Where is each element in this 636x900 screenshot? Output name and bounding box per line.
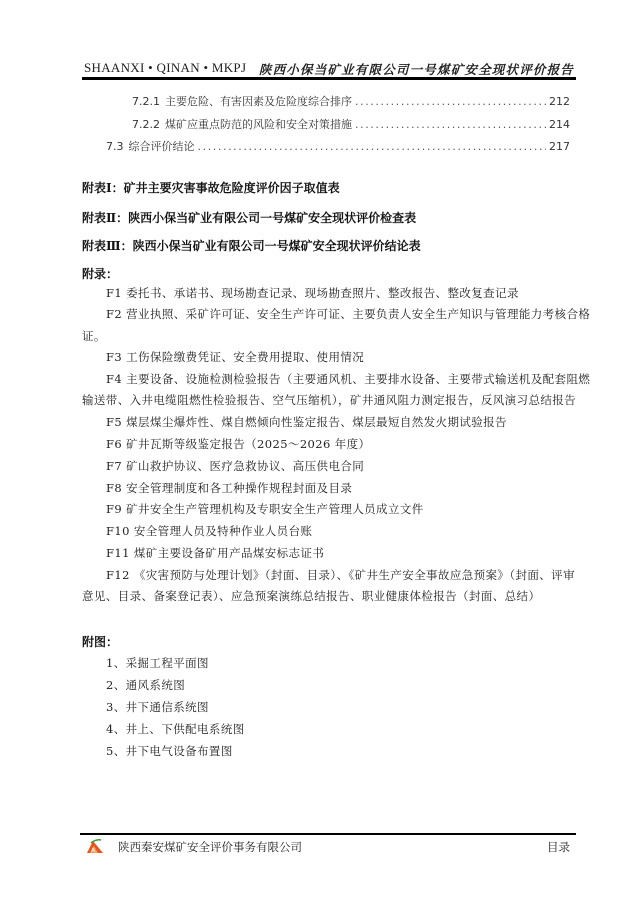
appendix-table-1: 附表Ⅰ：矿井主要灾害事故危险度评价因子取值表	[82, 179, 340, 196]
toc-number: 7.3	[106, 140, 124, 153]
toc-leader-dots	[355, 95, 546, 108]
header-rule	[82, 77, 576, 80]
appendix-item-f9: F9 矿井安全生产管理机构及专职安全生产管理人员成立文件	[106, 501, 424, 517]
toc-leader-dots	[355, 118, 546, 131]
toc-number: 7.2.1	[132, 95, 160, 108]
toc-entry[interactable]: 7.2.2 煤矿应重点防范的风险和安全对策措施 214	[132, 116, 570, 132]
appendix-item-f2-cont: 证。	[82, 328, 106, 344]
appendix-item-f12-cont: 意见、目录、备案登记表）、应急预案演练总结报告、职业健康体检报告（封面、总结）	[82, 588, 540, 604]
header-left-text: SHAANXI • QINAN • MKPJ	[84, 60, 246, 76]
footer-rule	[80, 833, 576, 835]
toc-page-number: 217	[549, 140, 570, 153]
appendix-table-3: 附表Ⅲ：陕西小保当矿业有限公司一号煤矿安全现状评价结论表	[82, 237, 421, 254]
appendix-item-f3: F3 工伤保险缴费凭证、安全费用提取、使用情况	[106, 349, 364, 365]
appendix-item-f4-cont: 输送带、入井电缆阻燃性检验报告、空气压缩机），矿井通风阻力测定报告，反风演习总结…	[82, 392, 576, 408]
toc-entry[interactable]: 7.3 综合评价结论 217	[106, 138, 570, 154]
toc-page-number: 212	[549, 95, 570, 108]
figure-item-4: 4、井上、下供配电系统图	[106, 721, 245, 737]
toc-entry[interactable]: 7.2.1 主要危险、有害因素及危险度综合排序 212	[132, 93, 570, 109]
figure-item-5: 5、井下电气设备布置图	[106, 743, 233, 759]
appendix-heading: 附录：	[82, 265, 118, 282]
figure-item-2: 2、通风系统图	[106, 677, 185, 693]
appendix-item-f6: F6 矿井瓦斯等级鉴定报告（2025～2026 年度）	[106, 436, 370, 452]
appendix-table-2: 附表Ⅱ：陕西小保当矿业有限公司一号煤矿安全现状评价检查表	[82, 209, 416, 226]
appendix-item-f4: F4 主要设备、设施检测检验报告（主要通风机、主要排水设备、主要带式输送机及配套…	[106, 371, 590, 387]
toc-title: 综合评价结论	[129, 138, 195, 154]
footer-section-label: 目录	[547, 839, 570, 855]
appendix-item-f7: F7 矿山救护协议、医疗急救协议、高压供电合同	[106, 458, 364, 474]
figures-heading: 附图：	[82, 633, 118, 650]
footer-company-name: 陕西秦安煤矿安全评价事务有限公司	[118, 839, 302, 855]
appendix-item-f5: F5 煤层煤尘爆炸性、煤自燃倾向性鉴定报告、煤层最短自然发火期试验报告	[106, 414, 507, 430]
page-header: SHAANXI • QINAN • MKPJ 陕西小保当矿业有限公司一号煤矿安全…	[82, 60, 576, 76]
appendix-item-f2: F2 营业执照、采矿许可证、安全生产许可证、主要负责人安全生产知识与管理能力考核…	[106, 306, 590, 322]
figure-item-1: 1、采掘工程平面图	[106, 655, 209, 671]
figure-item-3: 3、井下通信系统图	[106, 699, 209, 715]
toc-title: 主要危险、有害因素及危险度综合排序	[165, 93, 352, 109]
document-page: SHAANXI • QINAN • MKPJ 陕西小保当矿业有限公司一号煤矿安全…	[0, 0, 636, 900]
toc-leader-dots	[198, 140, 547, 153]
header-report-title: 陕西小保当矿业有限公司一号煤矿安全现状评价报告	[259, 60, 574, 78]
appendix-item-f11: F11 煤矿主要设备矿用产品煤安标志证书	[106, 545, 324, 561]
appendix-item-f12: F12 《灾害预防与处理计划》（封面、目录）、《矿井生产安全事故应急预案》（封面…	[106, 567, 575, 583]
toc-number: 7.2.2	[132, 118, 160, 131]
company-logo-icon: A	[85, 838, 105, 854]
appendix-item-f1: F1 委托书、承诺书、现场勘查记录、现场勘查照片、整改报告、整改复查记录	[106, 285, 519, 301]
appendix-item-f8: F8 安全管理制度和各工种操作规程封面及目录	[106, 480, 352, 496]
appendix-item-f10: F10 安全管理人员及特种作业人员台账	[106, 523, 312, 539]
toc-title: 煤矿应重点防范的风险和安全对策措施	[165, 116, 352, 132]
toc-page-number: 214	[549, 118, 570, 131]
